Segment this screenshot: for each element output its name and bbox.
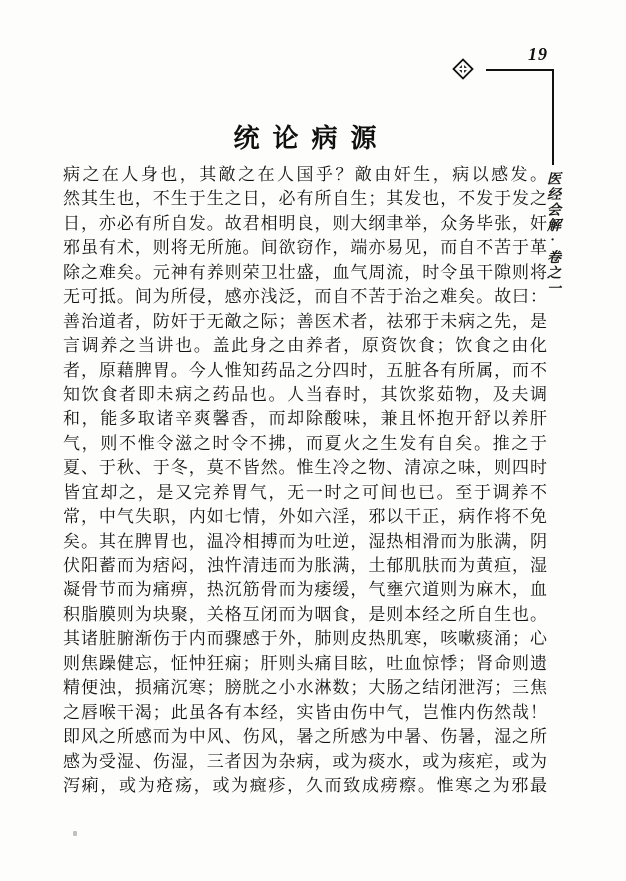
text-line: 然其生也，不生于生之日，必有所自生；其发也，不发于发之 <box>63 187 547 211</box>
text-line: 即风之所感而为中风、伤风，暑之所感为中暑、伤暑，湿之所 <box>63 725 547 749</box>
text-line: 泻痢，或为疮疡，或为癍疹，久而致成痨瘵。惟寒之为邪最 <box>63 774 547 798</box>
text-line: 除之难矣。元神有养则荣卫壮盛，血气周流，时令虽干隙则将 <box>63 261 547 285</box>
text-line: 病之在人身也，其敵之在人国乎？敵由奸生，病以感发。 <box>63 163 547 187</box>
text-line: 凝骨节而为痛痹，热沉筋骨而为痿缓，气壅穴道则为麻木，血 <box>63 578 547 602</box>
scanned-book-page: 19 医经会解·卷之一 统论病源 病之在人身也，其敵之在人国乎？敵由奸生，病以感… <box>0 0 626 881</box>
text-line: 则焦躁健忘，怔忡狂痫；肝则头痛目眩，吐血惊悸；肾命则遗 <box>63 652 547 676</box>
chapter-title: 统论病源 <box>63 118 547 155</box>
text-line: 积脂膜则为块聚，关格互闭而为咽食，是则本经之所自生也。 <box>63 603 547 627</box>
text-line: 日，亦必有所自发。故君相明良，则大纲聿举，众务毕张，奸 <box>63 212 547 236</box>
text-line: 常，中气失职，内如七情，外如六淫，邪以干正，病作将不免 <box>63 505 547 529</box>
text-line: 善治道者，防奸于无敵之际；善医术者，祛邪于未病之先，是 <box>63 310 547 334</box>
text-line: 无可抵。间为所侵，感亦浅泛，而自不苦于治之难矣。故曰： <box>63 285 547 309</box>
text-line: 感为受湿、伤湿，三者因为杂病，或为痰水，或为痎疟，或为 <box>63 750 547 774</box>
text-line: 和，能多取诸辛爽馨香，而却除酸味，兼且怀抱开舒以养肝 <box>63 407 547 431</box>
text-line: 之唇喉干渴；此虽各有本经，实皆由伤中气，岂惟内伤然哉！ <box>63 701 547 725</box>
scan-smudge-artifact <box>73 831 77 836</box>
text-line: 精便浊，损痛沉寒；膀胱之小水淋数；大肠之结闭泄泻；三焦 <box>63 676 547 700</box>
header-rule-vertical <box>552 69 554 165</box>
text-line: 言调养之当讲也。盖此身之由养者，原资饮食；饮食之由化 <box>63 334 547 358</box>
text-line: 气，则不惟令滋之时令不拂，而夏火之生发有自矣。推之于 <box>63 432 547 456</box>
text-line: 皆宜却之，是又完养胃气，无一时之可间也已。至于调养不 <box>63 481 547 505</box>
text-line: 邪虽有术，则将无所施。间欲窃作，端亦易见，而自不苦于革 <box>63 236 547 260</box>
text-line: 其诸脏腑渐伤于内而骤感于外，肺则皮热肌寒，咳嗽痰涌；心 <box>63 627 547 651</box>
text-line: 矣。其在脾胃也，温冷相搏而为吐逆，湿热相滑而为胀满，阴 <box>63 530 547 554</box>
header-rule-horizontal <box>486 69 554 71</box>
text-line: 夏、于秋、于冬，莫不皆然。惟生冷之物、清凉之味，则四时 <box>63 456 547 480</box>
diamond-compass-ornament-icon <box>451 57 475 81</box>
text-line: 者，原藉脾胃。今人惟知药品之分四时，五脏各有所属，而不 <box>63 359 547 383</box>
body-text-block: 病之在人身也，其敵之在人国乎？敵由奸生，病以感发。然其生也，不生于生之日，必有所… <box>63 163 547 798</box>
text-line: 知饮食者即未病之药品也。人当春时，其饮浆茹物，及夫调 <box>63 383 547 407</box>
text-line: 伏阳蓄而为痞闷，浊忤清违而为胀满，土郁肌肤而为黄疸，湿 <box>63 554 547 578</box>
page-number: 19 <box>500 44 548 65</box>
